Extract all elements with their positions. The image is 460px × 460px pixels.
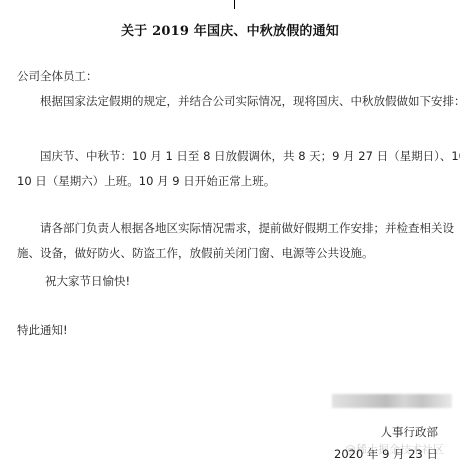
salutation: 公司全体员工： (17, 68, 98, 84)
schedule-paragraph-line-2: 10 日（星期六）上班。10 月 9 日开始正常上班。 (17, 173, 275, 189)
text-cursor (234, 0, 235, 9)
signature-department: 人事行政部 (381, 424, 439, 440)
closing: 特此通知! (17, 322, 68, 338)
request-paragraph-line-1: 请各部门负责人根据各地区实际情况需求，提前做好假期工作安排；并检查相关设 (40, 220, 454, 236)
signature-date: 2020 年 9 月 23 日 (334, 446, 438, 460)
request-paragraph-line-2: 施、设备，做好防火、防盗工作，放假前关闭门窗、电源等公共设施。 (17, 245, 374, 261)
greeting: 祝大家节日愉快! (45, 273, 130, 289)
redacted-company-name (332, 394, 452, 408)
intro-paragraph: 根据国家法定假期的规定，并结合公司实际情况，现将国庆、中秋放假做如下安排： (40, 93, 460, 109)
document-title: 关于 2019 年国庆、中秋放假的通知 (0, 20, 460, 39)
schedule-paragraph-line-1: 国庆节、中秋节：10 月 1 日至 8 日放假调休，共 8 天；9 月 27 日… (40, 148, 460, 164)
